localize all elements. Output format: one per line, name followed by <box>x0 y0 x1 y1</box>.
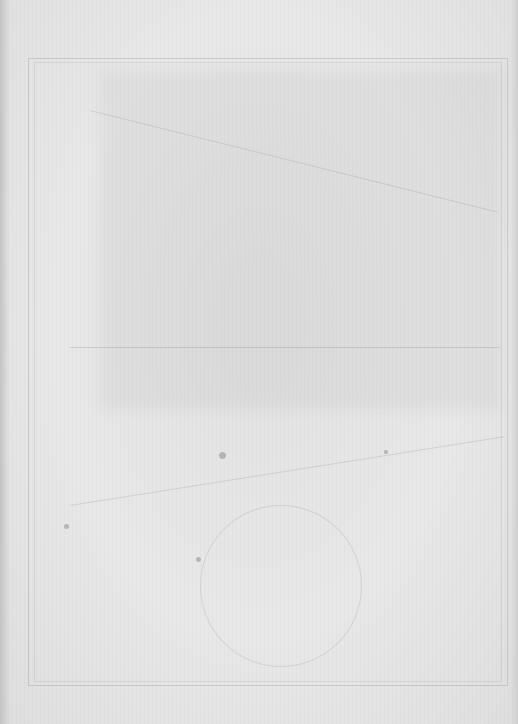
page-edge-shadow <box>0 0 10 724</box>
show-through-text-block <box>100 70 500 410</box>
foxing-spot <box>196 557 201 562</box>
foxing-spot <box>384 450 388 454</box>
show-through-rule <box>70 347 500 348</box>
page-edge-shadow <box>510 0 518 724</box>
foxing-spot <box>219 452 226 459</box>
foxing-spot <box>64 524 69 529</box>
scanned-page <box>0 0 518 724</box>
show-through-seal <box>200 505 362 667</box>
